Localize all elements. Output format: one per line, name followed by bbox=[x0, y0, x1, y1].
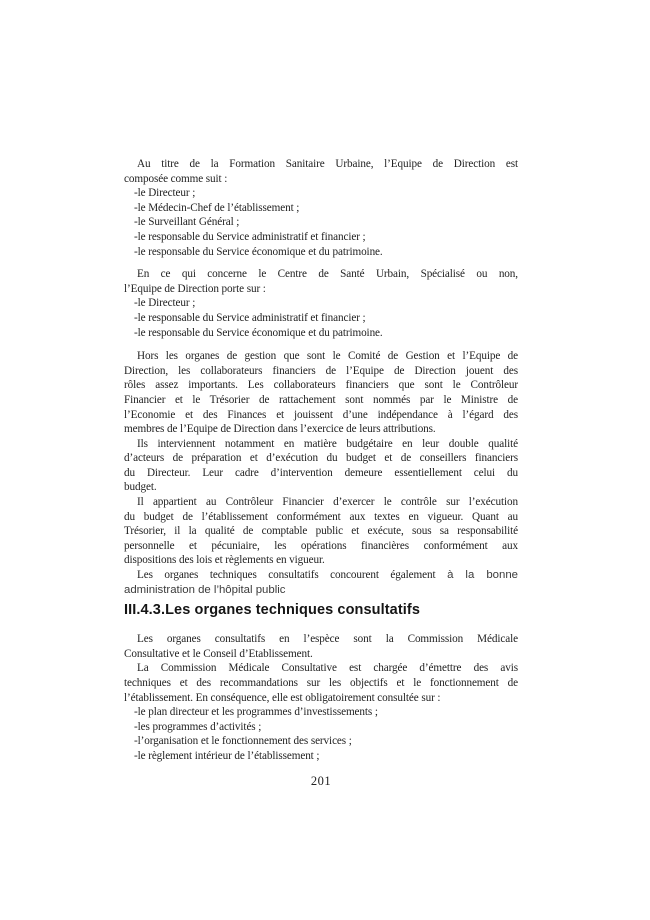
paragraph: Il appartient au Contrôleur Financier d’… bbox=[124, 495, 518, 568]
list-item: -le responsable du Service administratif… bbox=[124, 311, 518, 326]
paragraph: Les organes consultatifs en l’espèce son… bbox=[124, 632, 518, 661]
list-item: -le Surveillant Général ; bbox=[124, 215, 518, 230]
paragraph-line: La Commission Médicale Consultative est … bbox=[124, 661, 518, 676]
section-heading: III.4.3.Les organes techniques consultat… bbox=[124, 602, 518, 619]
list-item: -le plan directeur et les programmes d’i… bbox=[124, 705, 518, 720]
paragraph: La Commission Médicale Consultative est … bbox=[124, 661, 518, 705]
paragraph-line: techniques et des recommandations sur le… bbox=[124, 676, 518, 691]
paragraph-line: du budget de l’établissement conformémen… bbox=[124, 510, 518, 525]
paragraph-line: Trésorier, il la qualité de comptable pu… bbox=[124, 524, 518, 539]
paragraph-line: Au titre de la Formation Sanitaire Urbai… bbox=[124, 157, 518, 172]
paragraph-line: membres de l’Equipe de Direction dans l’… bbox=[124, 422, 518, 437]
paragraph: En ce qui concerne le Centre de Santé Ur… bbox=[124, 267, 518, 296]
paragraph-line: l’Equipe de Direction porte sur : bbox=[124, 282, 518, 297]
paragraph-line: l’Economie et des Finances et jouissent … bbox=[124, 408, 518, 423]
paragraph-mixed-fonts: Les organes techniques consultatifs conc… bbox=[124, 568, 518, 597]
list-item: -le Directeur ; bbox=[124, 186, 518, 201]
paragraph-line: Direction, les collaborateurs financiers… bbox=[124, 364, 518, 379]
paragraph-line: Ils interviennent notamment en matière b… bbox=[124, 437, 518, 452]
paragraph: Ils interviennent notamment en matière b… bbox=[124, 437, 518, 495]
list-item: -le Médecin-Chef de l’établissement ; bbox=[124, 201, 518, 216]
dash-list: -le Directeur ; -le responsable du Servi… bbox=[124, 296, 518, 340]
paragraph-line: du Directeur. Leur cadre d’intervention … bbox=[124, 466, 518, 481]
paragraph-line: Les organes techniques consultatifs conc… bbox=[124, 568, 518, 583]
paragraph-line: Consultative et le Conseil d’Etablisseme… bbox=[124, 647, 518, 662]
list-item: -le responsable du Service administratif… bbox=[124, 230, 518, 245]
paragraph-line: administration de l’hôpital public bbox=[124, 583, 518, 598]
paragraph-line: personnelle et pécuniaire, les opération… bbox=[124, 539, 518, 554]
vertical-gap bbox=[124, 619, 518, 632]
paragraph-line: composée comme suit : bbox=[124, 172, 518, 187]
paragraph-line: budget. bbox=[124, 480, 518, 495]
paragraph: Au titre de la Formation Sanitaire Urbai… bbox=[124, 157, 518, 186]
sans-text-segment: à la bonne bbox=[447, 569, 518, 581]
dash-list: -le plan directeur et les programmes d’i… bbox=[124, 705, 518, 763]
paragraph-line: d’acteurs de préparation et d’exécution … bbox=[124, 451, 518, 466]
paragraph-line: Hors les organes de gestion que sont le … bbox=[124, 349, 518, 364]
serif-text-segment: Les organes techniques consultatifs conc… bbox=[137, 569, 436, 581]
vertical-gap bbox=[124, 259, 518, 267]
document-page: Au titre de la Formation Sanitaire Urbai… bbox=[0, 0, 650, 920]
list-item: -les programmes d’activités ; bbox=[124, 720, 518, 735]
list-item: -le responsable du Service économique et… bbox=[124, 326, 518, 341]
text-column: Au titre de la Formation Sanitaire Urbai… bbox=[124, 157, 518, 764]
paragraph-line: Les organes consultatifs en l’espèce son… bbox=[124, 632, 518, 647]
paragraph-line: Il appartient au Contrôleur Financier d’… bbox=[124, 495, 518, 510]
paragraph: Hors les organes de gestion que sont le … bbox=[124, 349, 518, 437]
dash-list: -le Directeur ; -le Médecin-Chef de l’ét… bbox=[124, 186, 518, 259]
paragraph-line: l’établissement. En conséquence, elle es… bbox=[124, 691, 518, 706]
list-item: -le Directeur ; bbox=[124, 296, 518, 311]
paragraph-line: dispositions des lois et règlements en v… bbox=[124, 553, 518, 568]
paragraph-line: Financier et le Trésorier de rattachemen… bbox=[124, 393, 518, 408]
paragraph-line: En ce qui concerne le Centre de Santé Ur… bbox=[124, 267, 518, 282]
page-number: 201 bbox=[124, 774, 518, 789]
vertical-gap bbox=[124, 340, 518, 349]
list-item: -le responsable du Service économique et… bbox=[124, 245, 518, 260]
paragraph-line: rôles assez importants. Les collaborateu… bbox=[124, 378, 518, 393]
list-item: -le règlement intérieur de l’établisseme… bbox=[124, 749, 518, 764]
list-item: -l’organisation et le fonctionnement des… bbox=[124, 734, 518, 749]
